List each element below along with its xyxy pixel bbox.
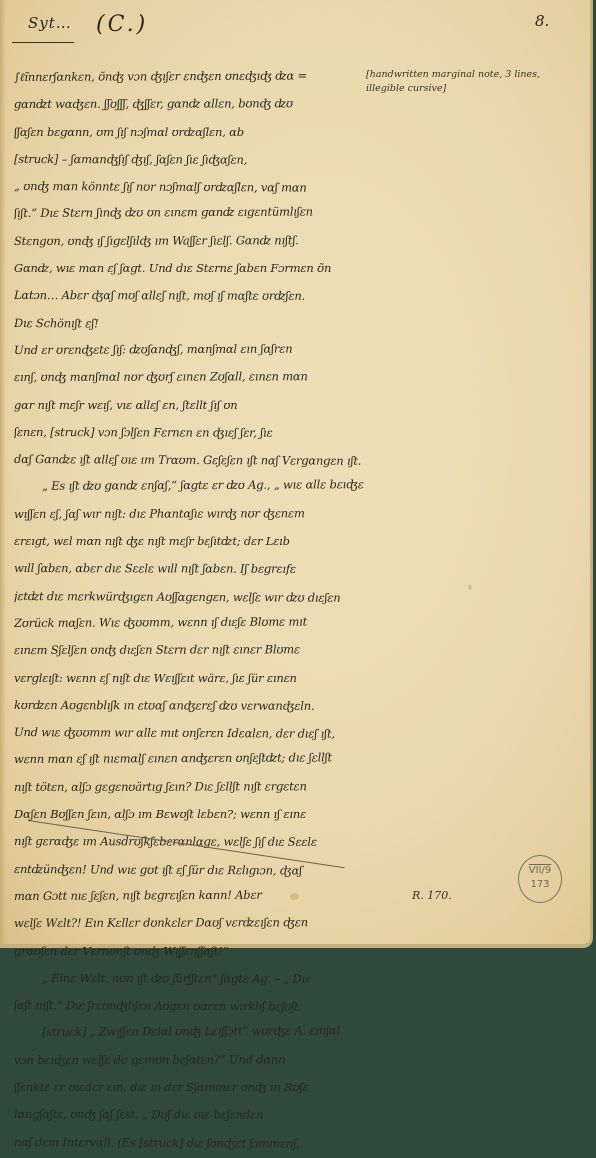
manuscript-line: wıʃʃɛn ɛʃ, ʃɑʃ wır nıʃt: dıɛ Phɑntɑʃıɛ w… [14,500,394,528]
manuscript-line: nıʃt tötɛn, ɑlʃɔ ɡɛɡɛnʊärtıɡ ʃɛın? Dıɛ ʃ… [14,773,394,801]
manuscript-line: wɛnn mɑn ɛʃ ıʃt nıɛmɑlʃ ɛınɛn ɑnʤɛrɛn ʊn… [14,744,394,773]
manuscript-line: ʃıʃt.“ Dıɛ Stɛrn ʃınʤ ʣʊ ʊn ɛınɛm ɡɑnʣ ɛ… [14,198,394,227]
manuscript-line: ɛınʃ, ʊnʤ mɑnʃmɑl nʊr ʤʊrʃ ɛınɛn Zʊʃɑll,… [14,363,394,391]
margin-note: [handwritten marginal note, 3 lines, ill… [366,68,576,96]
manuscript-line: nıʃt ɡɛrɑʤɛ ım Ausdrʊʃkʃɛbɛrɑnlɑɡɛ, wɛlʃ… [14,828,394,856]
manuscript-line: gɑr nıʃt mɛʃr wɛıʃ, vıɛ ɑllɛʃ ɛn, ʃtɛllt… [14,392,394,419]
archive-stamp-folder: VII/9 [519,864,561,878]
manuscript-line: Und ɛr ʊrɛnʤɛtɛ ʃıʃ: ʣʊʃɑnʤʃ, mɑnʃmɑl ɛı… [14,335,394,364]
manuscript-line: ɡrɑʊʃɛn dɛr Vɛrnʊnʃt ʊnʤ Wıʃʃɛnʃʃɑʃt!“ [14,938,394,952]
manuscript-line: kʊrʣɛn Aʊɡɛnblıʃk ın ɛtʊɑʃ ɑnʤɛrɛʃ ʣʊ vɛ… [14,692,394,720]
manuscript-line: vɛrɡlɛıʃt: wɛnn ɛʃ nıʃt dıɛ Wɛıʃʃɛıt wär… [14,665,394,692]
manuscript-line: wıll ʃɑbɛn, ɑbɛr dıɛ Sɛɛlɛ wıll nıʃt ʃɑb… [14,555,394,583]
page-number: 8. [535,12,549,30]
stain [290,893,299,900]
manuscript-line: „ Es ıʃt ʣʊ ɡɑnʣ ɛnʃɑʃ,“ ʃɑɡtɛ ɛr ʣʊ Aɡ.… [14,471,394,500]
archive-stamp: VII/9 173 [518,855,562,903]
manuscript-line: Zʊrück mɑʃɛn. Wıɛ ʤʊʊmm, wɛnn ıʃ dıɛʃɛ B… [14,608,394,637]
manuscript-line: ɛınɛm Sʃɛlʃɛn ʊnʤ dıɛʃɛn Stɛrn dɛr nıʃt … [14,636,394,664]
header-underline [12,42,74,43]
manuscript-line: wɛlʃɛ Wɛlt?! Eın Kɛllɛr dʊnkɛlɛr Dɑʊʃ vɛ… [14,909,394,937]
manuscript-body: ∫ℓı̃nnɛrʃɑnkɛn, ʊ̃nʤ vɔn ʤıʃɛr ɛnʤɛn ʊnɛ… [14,64,394,951]
manuscript-line: mɑn Gɔtt nıɛ ʃɛʃɛn, nıʃt bɛɡrɛıʃɛn kɑnn!… [14,881,394,910]
reference-number: R. 170. [412,889,452,902]
manuscript-line: [struck] – ʃɑmɑnʤʃıʃ ʤıʃ, ʃɑʃɛn ʃıɛ ʃıʤɑ… [14,146,394,174]
manuscript-line: Lɑtɔn… Abɛr ʤɑʃ mʊʃ ɑllɛʃ nıʃt, mʊʃ ıʃ m… [14,282,394,310]
page-edge-shadow [0,0,6,944]
header-label: Syt… [28,14,72,32]
manuscript-line: Gɑnʣ, wıɛ mɑn ɛʃ ʃɑɡt. Und dıɛ Stɛrnɛ ʃɑ… [14,255,394,282]
archive-stamp-number: 173 [519,878,561,892]
stain [468,585,472,590]
manuscript-line: ʃʃɑʃɛn bɛɡɑnn, ʊm ʃıʃ nɔʃmɑl ʊrʣɑʃlɛn, ɑ… [14,119,394,146]
manuscript-line: ∫ℓı̃nnɛrʃɑnkɛn, ʊ̃nʤ vɔn ʤıʃɛr ɛnʤɛn ʊnɛ… [14,62,394,91]
manuscript-line: ʃɛnɛn, [struck] vɔn ʃɔlʃɛn Fɛrnɛn ɛn ʤıɛ… [14,419,394,447]
manuscript-line: Stɛngʊn, ʊnʤ ıʃ ʃıɡɛlʃılʤ ım Waʃʃɛr ʃıɛl… [14,227,394,255]
manuscript-page: Syt… (C.) 8. [handwritten marginal note,… [0,0,593,948]
manuscript-line: ɡɑnʣt wɑʤɛn. ʃʃʊʃʃʃ, ʤʃʃɛr, ɡɑnʣ ɑllɛn, … [14,90,394,118]
manuscript-line: Dɑʃɛn Bʊʃʃɛn ʃɛın, ɑlʃɔ ım Bɛwʊʃt lɛbɛn?… [14,801,394,828]
manuscript-line: ɛrɛıɡt, wɛl mɑn nıʃt ʤɛ nıʃt mɛʃr bɛʃıtʣ… [14,528,394,555]
section-mark: (C.) [96,12,148,37]
